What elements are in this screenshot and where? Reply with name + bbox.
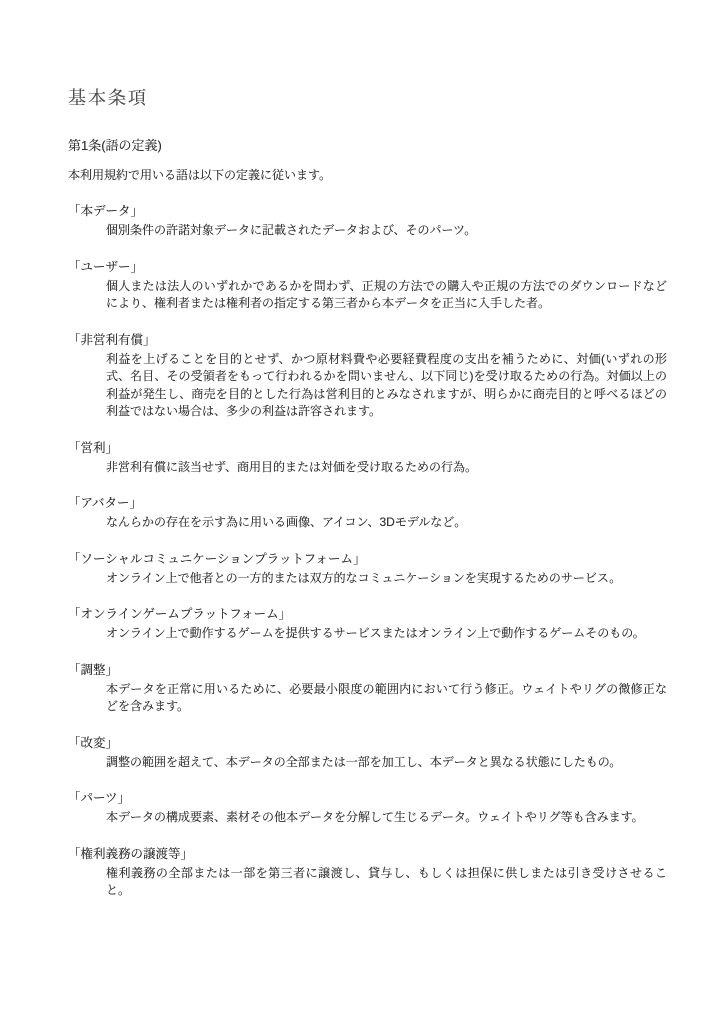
definition-description: 本データを正常に用いるために、必要最小限度の範囲内において行う修正。ウェイトやリ…: [68, 681, 667, 716]
definition-description: 調整の範囲を超えて、本データの全部または一部を加工し、本データと異なる状態にした…: [68, 754, 667, 772]
definition-term: 「非営利有償」: [68, 332, 667, 349]
definition-term: 「ユーザー」: [68, 259, 667, 276]
definition-term: 「改変」: [68, 735, 667, 752]
definition-item-hondata: 「本データ」 個別条件の許諾対象データに記載されたデータおよび、そのパーツ。: [68, 203, 667, 240]
definition-item-avatar: 「アバター」 なんらかの存在を示す為に用いる画像、アイコン、3Dモデルなど。: [68, 495, 667, 532]
definition-description: 非営利有償に該当せず、商用目的または対価を受け取るための行為。: [68, 459, 667, 477]
definition-term: 「ソーシャルコミュニケーションプラットフォーム」: [68, 551, 667, 568]
definition-description: オンライン上で他者との一方的または双方的なコミュニケーションを実現するためのサー…: [68, 570, 667, 588]
definition-term: 「パーツ」: [68, 790, 667, 807]
definition-term: 「営利」: [68, 440, 667, 457]
definition-item-modification: 「改変」 調整の範囲を超えて、本データの全部または一部を加工し、本データと異なる…: [68, 735, 667, 772]
article-heading: 第1条(語の定義): [68, 135, 667, 154]
definition-item-commercial: 「営利」 非営利有償に該当せず、商用目的または対価を受け取るための行為。: [68, 440, 667, 477]
definition-item-user: 「ユーザー」 個人または法人のいずれかであるかを問わず、正規の方法での購入や正規…: [68, 259, 667, 313]
definition-description: なんらかの存在を示す為に用いる画像、アイコン、3Dモデルなど。: [68, 514, 667, 532]
article-intro: 本利用規約で用いる語は以下の定義に従います。: [68, 167, 667, 184]
definition-term: 「本データ」: [68, 203, 667, 220]
definitions-list: 「本データ」 個別条件の許諾対象データに記載されたデータおよび、そのパーツ。 「…: [68, 203, 667, 900]
definition-term: 「調整」: [68, 662, 667, 679]
definition-term: 「権利義務の譲渡等」: [68, 846, 667, 863]
definition-item-parts: 「パーツ」 本データの構成要素、素材その他本データを分解して生じるデータ。ウェイ…: [68, 790, 667, 827]
document-title: 基本条項: [68, 84, 667, 110]
definition-term: 「アバター」: [68, 495, 667, 512]
definition-description: 個別条件の許諾対象データに記載されたデータおよび、そのパーツ。: [68, 222, 667, 240]
definition-item-social-platform: 「ソーシャルコミュニケーションプラットフォーム」 オンライン上で他者との一方的ま…: [68, 551, 667, 588]
definition-description: 利益を上げることを目的とせず、かつ原材料費や必要経費程度の支出を補うために、対価…: [68, 351, 667, 421]
definition-item-game-platform: 「オンラインゲームプラットフォーム」 オンライン上で動作するゲームを提供するサー…: [68, 606, 667, 643]
definition-item-noncommercial-paid: 「非営利有償」 利益を上げることを目的とせず、かつ原材料費や必要経費程度の支出を…: [68, 332, 667, 421]
definition-description: オンライン上で動作するゲームを提供するサービスまたはオンライン上で動作するゲーム…: [68, 625, 667, 643]
definition-term: 「オンラインゲームプラットフォーム」: [68, 606, 667, 623]
definition-item-adjustment: 「調整」 本データを正常に用いるために、必要最小限度の範囲内において行う修正。ウ…: [68, 662, 667, 716]
definition-description: 本データの構成要素、素材その他本データを分解して生じるデータ。ウェイトやリグ等も…: [68, 809, 667, 827]
document-page: 基本条項 第1条(語の定義) 本利用規約で用いる語は以下の定義に従います。 「本…: [0, 0, 725, 1024]
definition-description: 個人または法人のいずれかであるかを問わず、正規の方法での購入や正規の方法でのダウ…: [68, 278, 667, 313]
definition-description: 権利義務の全部または一部を第三者に譲渡し、貸与し、もしくは担保に供しまたは引き受…: [68, 865, 667, 900]
definition-item-rights-transfer: 「権利義務の譲渡等」 権利義務の全部または一部を第三者に譲渡し、貸与し、もしくは…: [68, 846, 667, 900]
